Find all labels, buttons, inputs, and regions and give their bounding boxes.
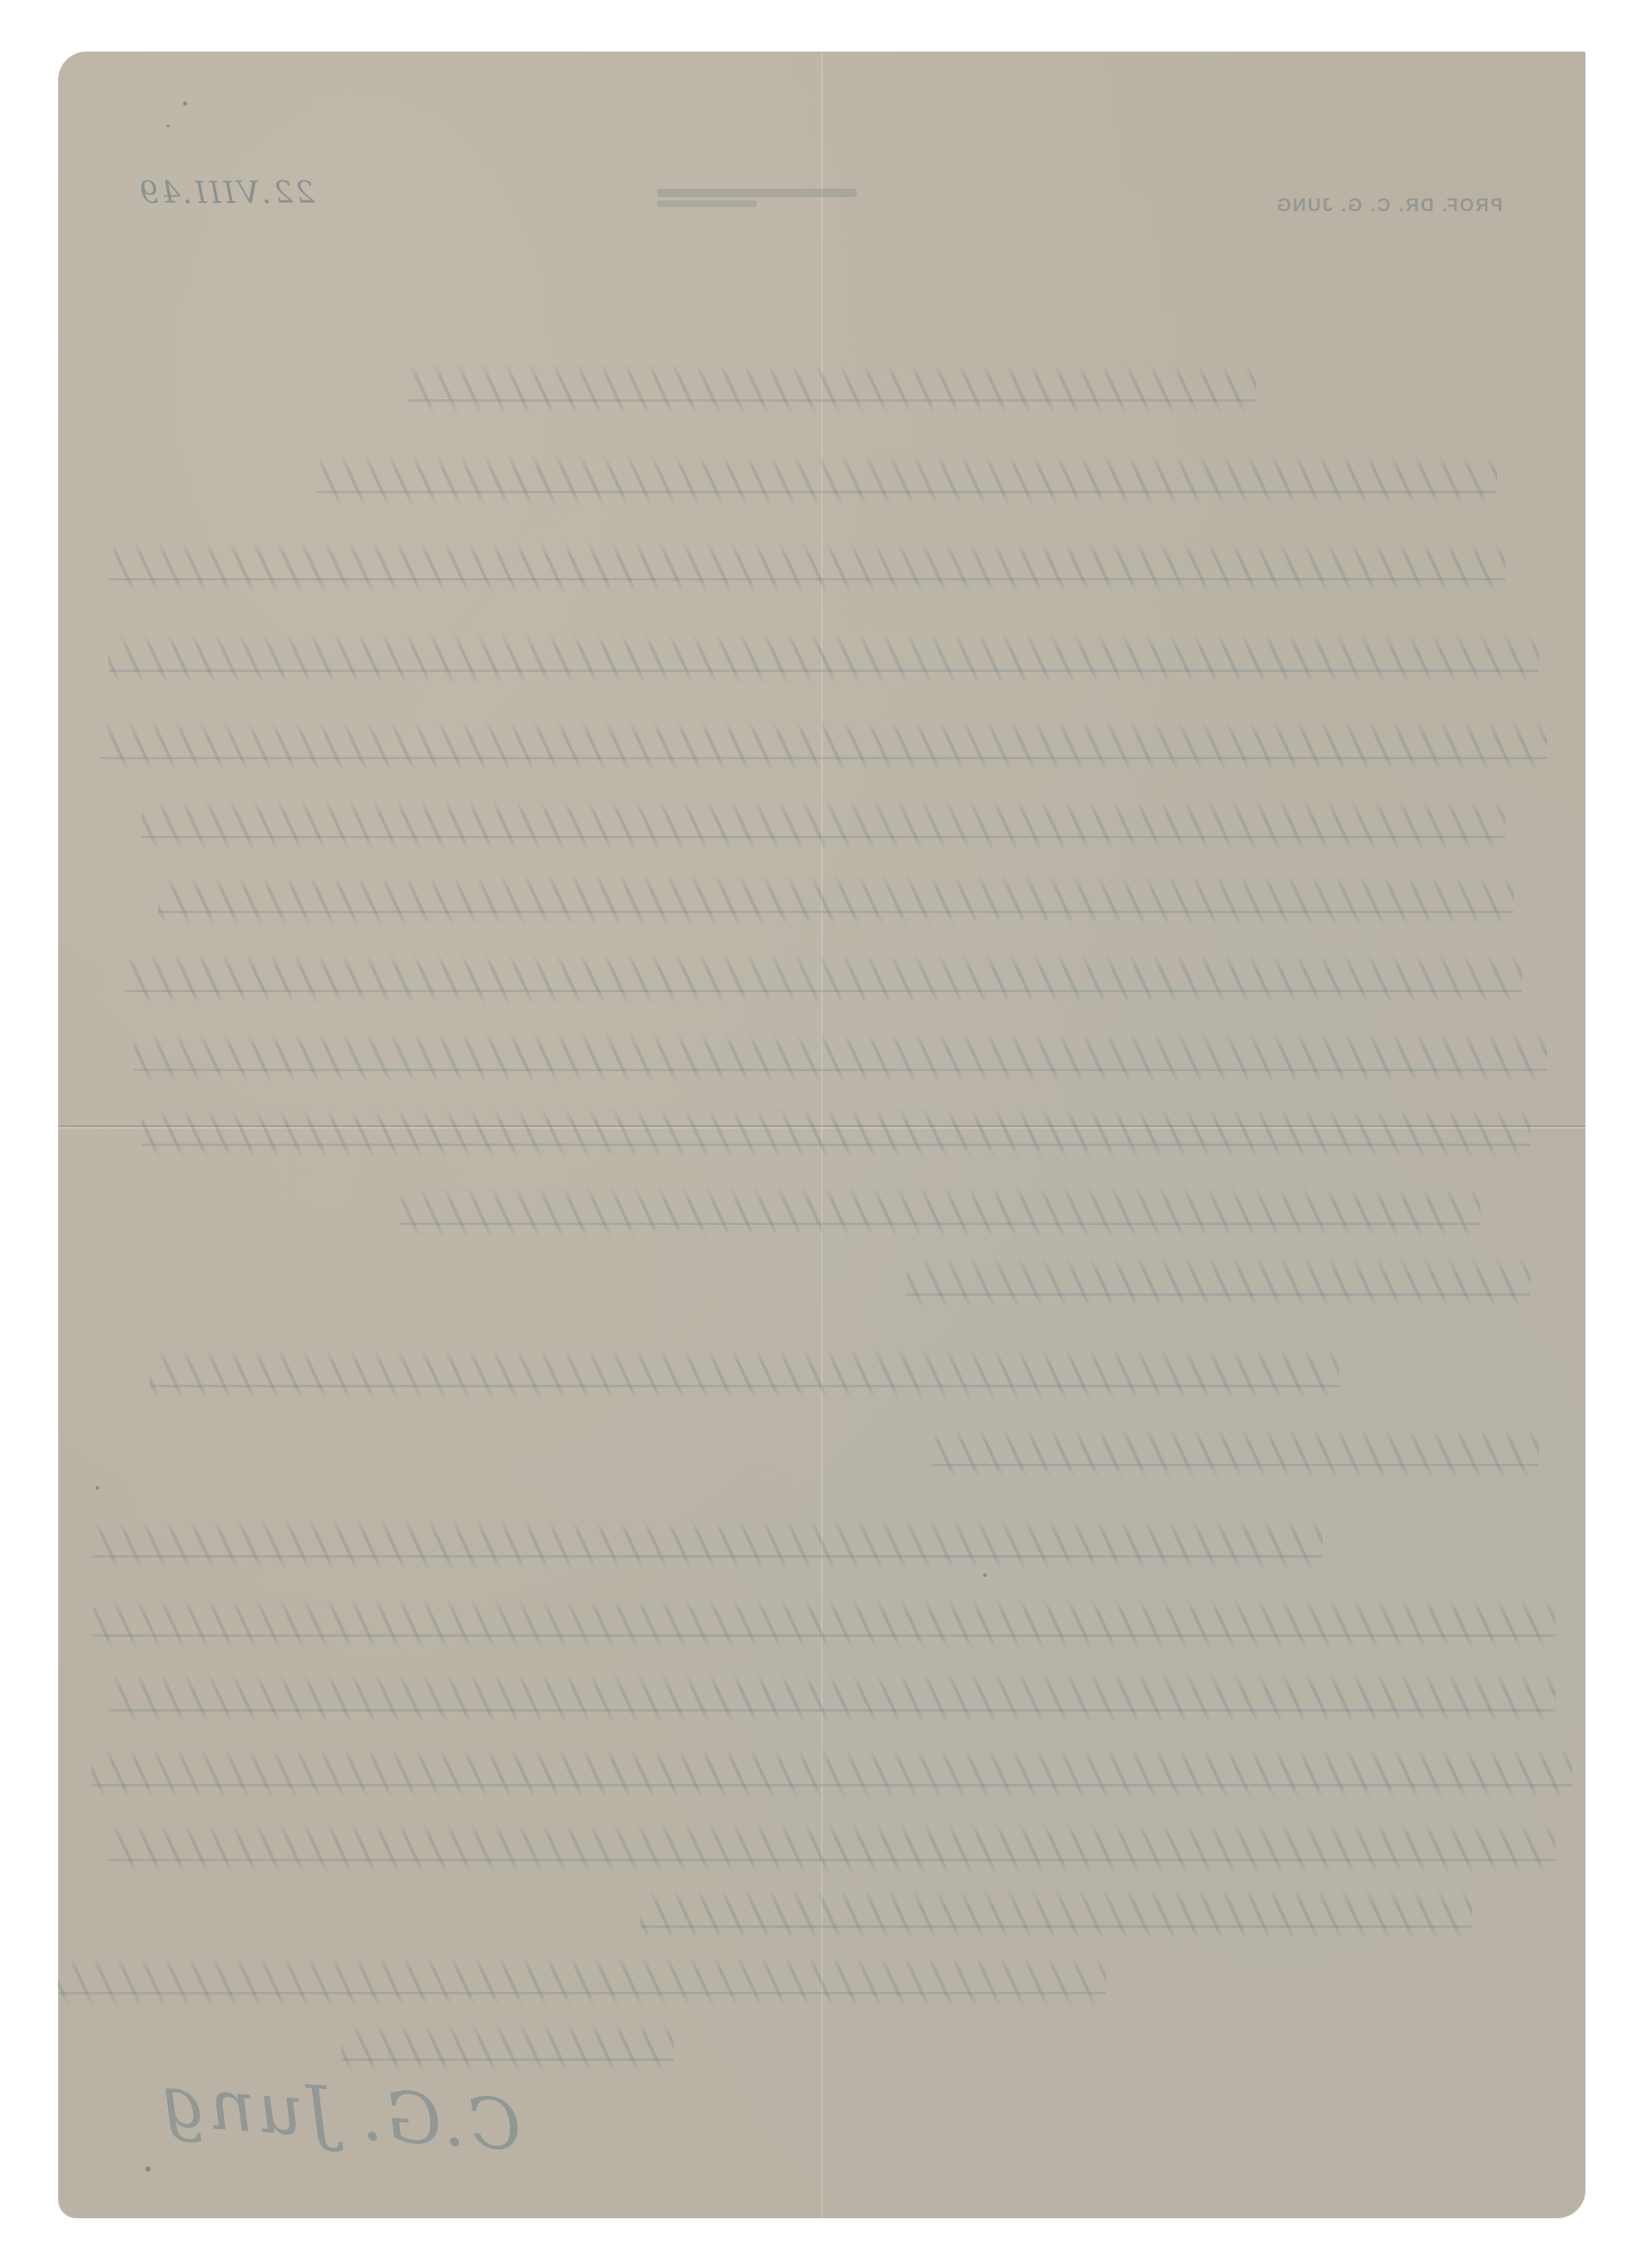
handwriting-strokes: [932, 1428, 1539, 1478]
body-line: [illegible]: [108, 1823, 1555, 1873]
handwriting-baseline: [58, 1992, 1106, 1994]
handwriting-baseline: [91, 1634, 1555, 1637]
handwriting-baseline: [100, 757, 1547, 759]
handwriting-baseline: [108, 1859, 1555, 1861]
handwriting-strokes: [108, 1673, 1555, 1723]
handwriting-strokes: [133, 1033, 1547, 1083]
body-line: [illegible]: [399, 1187, 1481, 1237]
handwriting-strokes: [108, 542, 1506, 592]
handwriting-strokes: [408, 363, 1256, 413]
handwriting-strokes: [108, 634, 1539, 684]
handwriting-baseline: [141, 1144, 1531, 1146]
body-line: [illegible]: [141, 1108, 1531, 1158]
paper-speck: [183, 101, 187, 106]
closing-line-2: [illegible]: [341, 2023, 674, 2073]
body-line: [illegible]: [125, 954, 1522, 1004]
body-line: [illegible]: [108, 634, 1539, 684]
handwriting-strokes: [158, 875, 1514, 925]
handwriting-baseline: [108, 578, 1506, 581]
handwriting-baseline: [91, 1784, 1572, 1786]
handwriting-baseline: [150, 1385, 1339, 1387]
letter-date: 22.VIII.49: [137, 176, 314, 210]
handwriting-strokes: [91, 1519, 1323, 1569]
salutation-line: [illegible handwriting]: [408, 363, 1256, 413]
handwriting-strokes: [316, 455, 1497, 505]
handwriting-strokes: [141, 800, 1506, 850]
body-line: [illegible]: [316, 455, 1497, 505]
body-line: [illegible]: [108, 1673, 1555, 1723]
body-line: [illegible]: [108, 542, 1506, 592]
handwriting-baseline: [133, 1069, 1547, 1071]
handwriting-baseline: [108, 1709, 1555, 1712]
handwriting-strokes: [341, 2023, 674, 2073]
handwriting-strokes: [640, 1890, 1472, 1939]
handwriting-baseline: [316, 491, 1497, 493]
handwriting-strokes: [399, 1187, 1481, 1237]
letterhead-address: [illegible] [illegible]: [657, 189, 857, 207]
body-line: [illegible]: [150, 1349, 1339, 1399]
handwriting-baseline: [932, 1464, 1539, 1466]
body-line: [illegible]: [133, 1033, 1547, 1083]
handwriting-baseline: [907, 1293, 1531, 1296]
handwriting-baseline: [91, 1555, 1323, 1558]
signature: C.G. Jung: [156, 2060, 524, 2167]
body-line: [illegible]: [158, 875, 1514, 925]
handwriting-baseline: [108, 670, 1539, 672]
handwriting-baseline: [341, 2058, 674, 2061]
handwriting-strokes: [108, 1823, 1555, 1873]
handwriting-strokes: [91, 1748, 1572, 1798]
body-line: [illegible]: [907, 1258, 1531, 1307]
handwriting-strokes: [125, 954, 1522, 1004]
paper-speck: [166, 125, 170, 127]
closing-line-1: [illegible]: [58, 1956, 1106, 2006]
handwriting-strokes: [150, 1349, 1339, 1399]
body-line: [illegible]: [100, 721, 1547, 771]
paper-speck: [983, 1574, 987, 1577]
body-line: [illegible]: [141, 800, 1506, 850]
body-line: [illegible]: [91, 1598, 1555, 1648]
handwriting-baseline: [141, 836, 1506, 838]
handwriting-strokes: [91, 1598, 1555, 1648]
handwriting-baseline: [399, 1223, 1481, 1225]
body-line: [illegible]: [91, 1748, 1572, 1798]
letter-sheet: PROF. DR. C. G. JUNG [illegible] [illegi…: [58, 52, 1585, 2218]
handwriting-baseline: [408, 399, 1256, 402]
paper-speck: [96, 1486, 99, 1490]
handwriting-strokes: [907, 1258, 1531, 1307]
body-line: [illegible]: [640, 1890, 1472, 1939]
handwriting-baseline: [158, 911, 1514, 913]
body-line: [illegible]: [932, 1428, 1539, 1478]
handwriting-baseline: [125, 990, 1522, 992]
handwriting-strokes: [100, 721, 1547, 771]
letterhead-address-line-1: [illegible]: [657, 189, 857, 197]
paper-speck: [146, 2167, 151, 2172]
handwriting-baseline: [640, 1925, 1472, 1928]
letterhead-name: PROF. DR. C. G. JUNG: [1275, 195, 1502, 216]
handwriting-strokes: [58, 1956, 1106, 2006]
body-line: [illegible]: [91, 1519, 1323, 1569]
handwriting-strokes: [141, 1108, 1531, 1158]
